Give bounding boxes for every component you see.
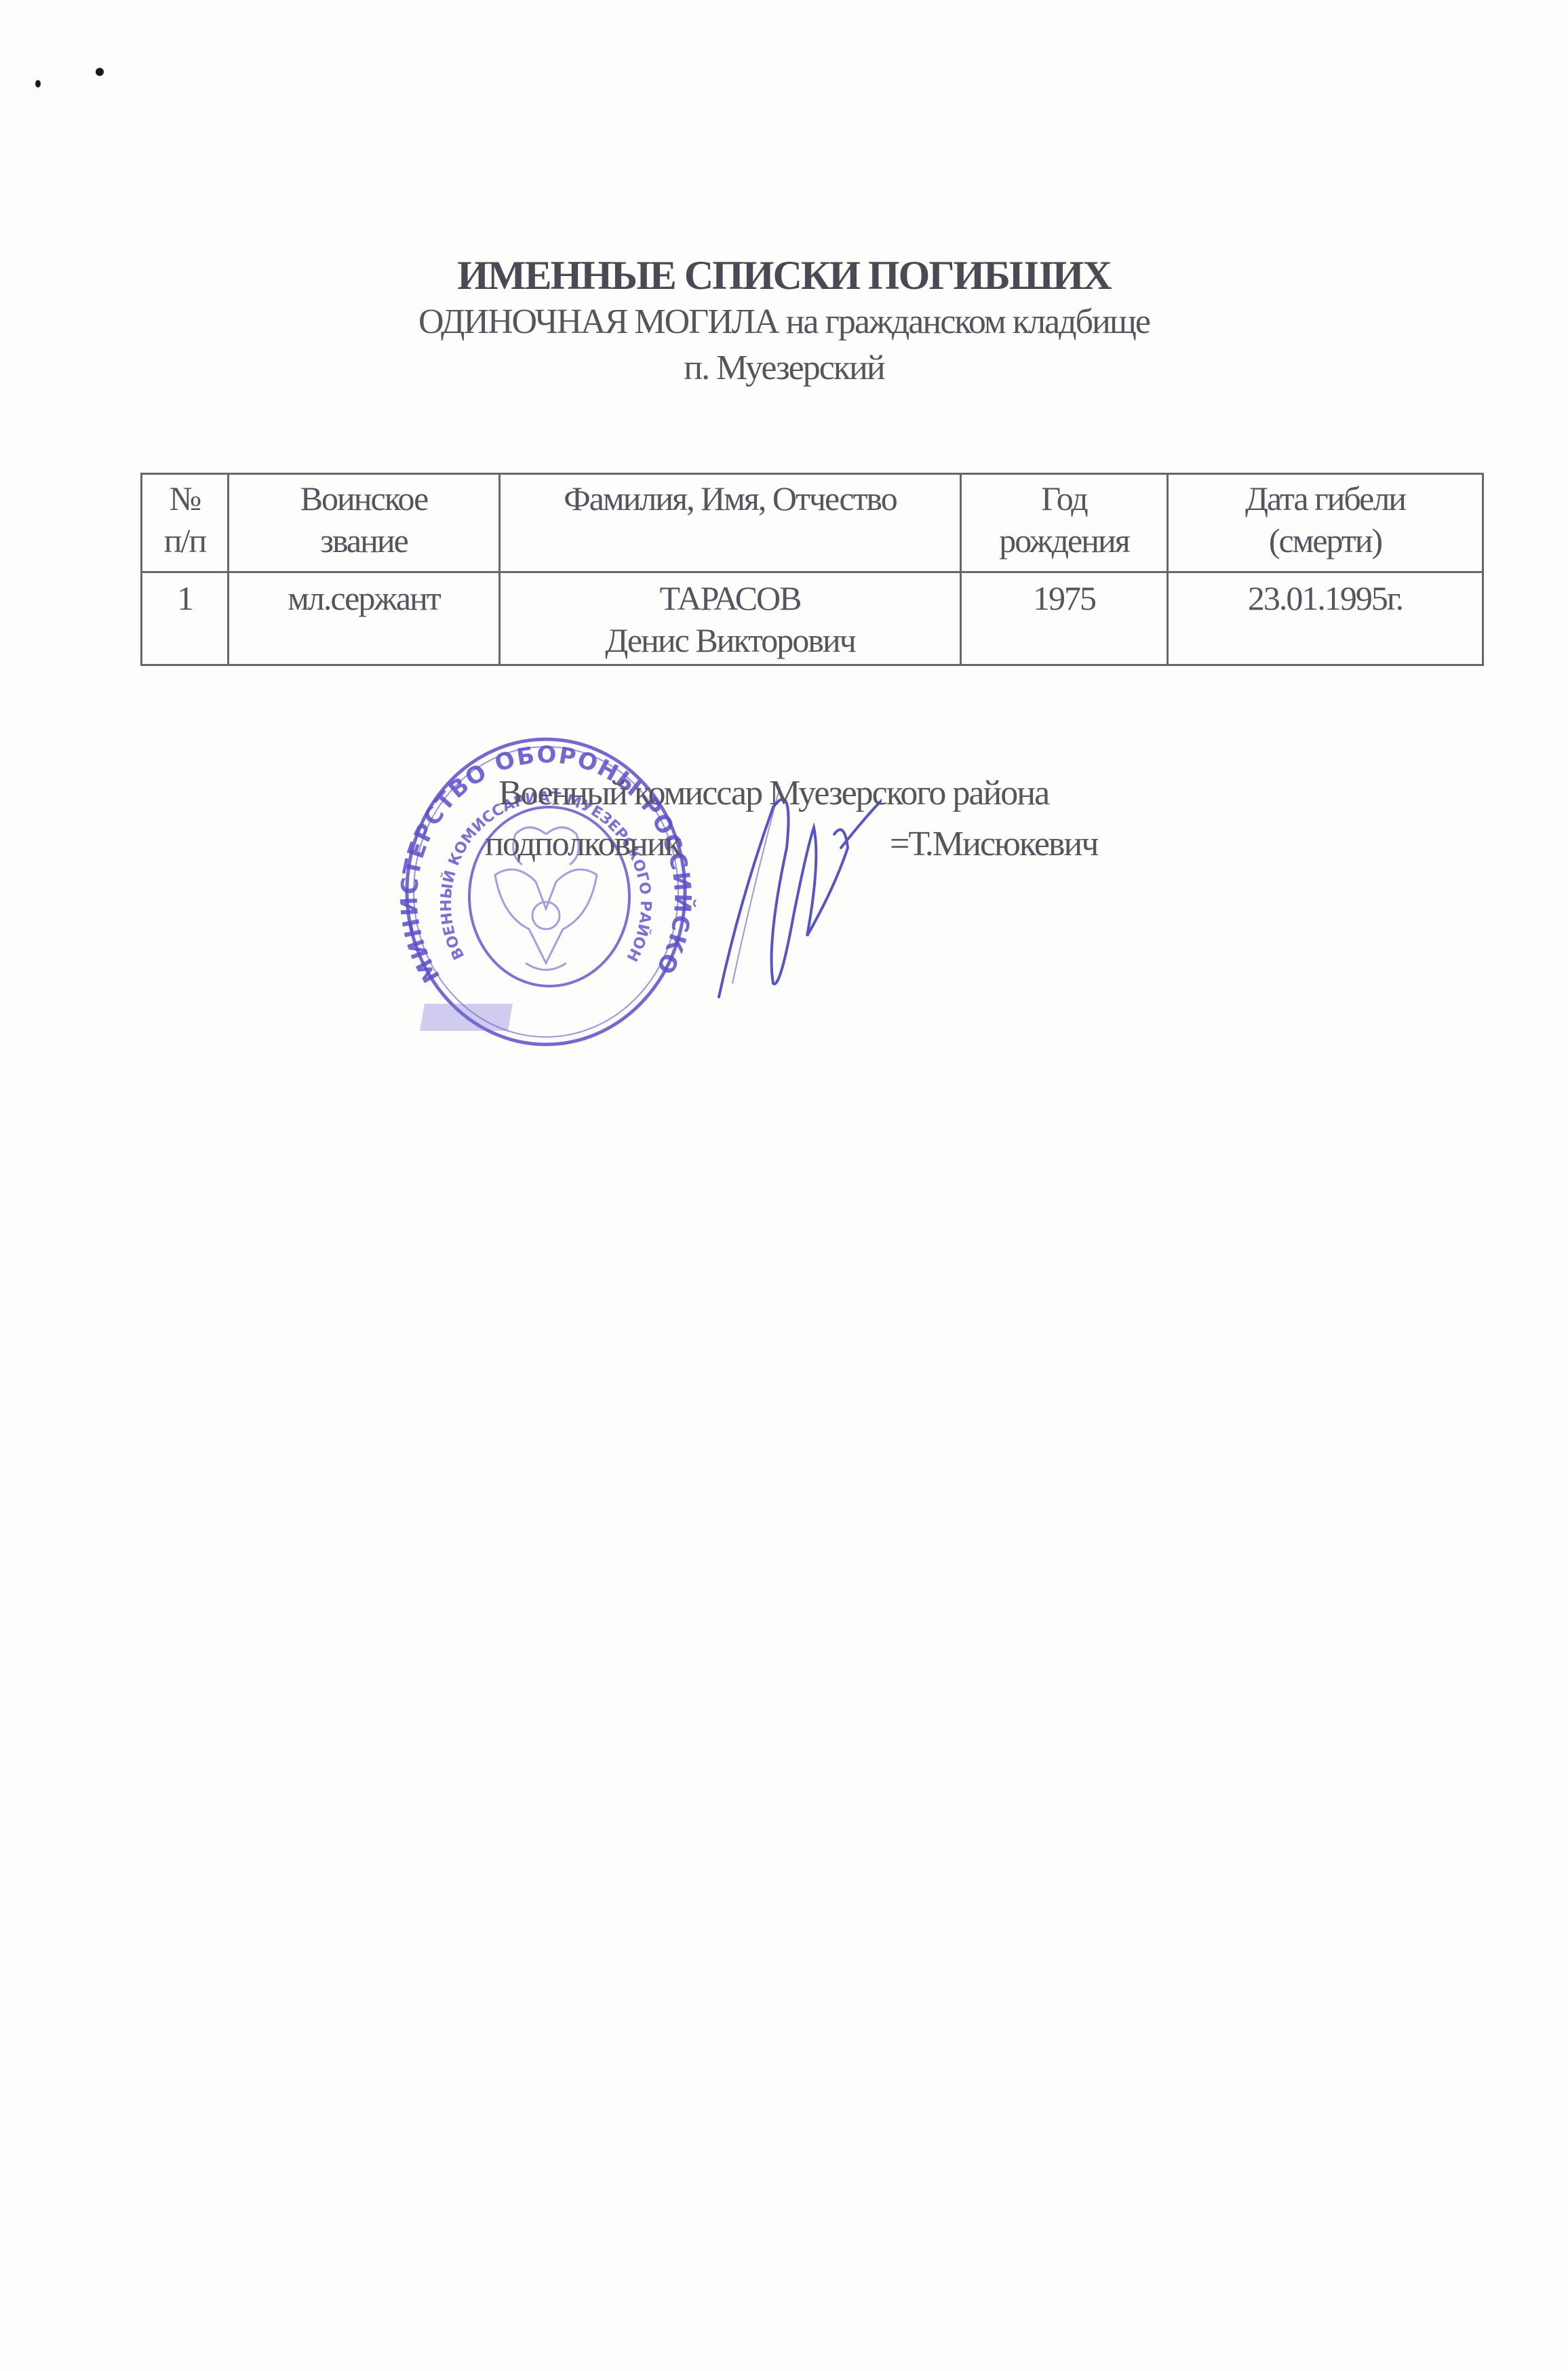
document-place: п. Муезерский	[0, 348, 1568, 388]
header-death-line1: Дата гибели	[1169, 477, 1482, 520]
scan-speck	[96, 68, 104, 76]
official-stamp: МИНИСТЕРСТВО ОБОРОНЫ РОССИЙСКОЙ ФЕДЕРАЦИ…	[393, 719, 699, 1058]
header-num-line1: №	[142, 477, 227, 520]
table-row: 1 мл.сержант ТАРАСОВ Денис Викторович 19…	[142, 572, 1483, 665]
header-birth-year: Год рождения	[961, 474, 1168, 572]
table-header-row: № п/п Воинское звание Фамилия, Имя, Отче…	[142, 474, 1483, 572]
scan-speck	[35, 80, 41, 87]
signatory-name: =Т.Мисюкевич	[890, 824, 1097, 864]
cell-given-names: Денис Викторович	[501, 619, 960, 661]
header-name: Фамилия, Имя, Отчество	[500, 474, 961, 572]
signatory-position: Военный комиссар Муезерского района	[498, 773, 1048, 813]
cell-num: 1	[142, 572, 229, 665]
header-rank: Воинское звание	[229, 474, 500, 572]
cell-birth-year: 1975	[961, 572, 1168, 665]
header-num-line2: п/п	[142, 520, 227, 562]
signatory-rank: подполковник	[485, 824, 680, 864]
document-subtitle: ОДИНОЧНАЯ МОГИЛА на гражданском кладбище	[0, 302, 1568, 342]
cell-death-date: 23.01.1995г.	[1168, 572, 1483, 665]
header-death-line2: (смерти)	[1169, 520, 1482, 562]
header-death-date: Дата гибели (смерти)	[1168, 474, 1483, 572]
header-num: № п/п	[142, 474, 229, 572]
header-birth-line1: Год	[962, 477, 1167, 520]
header-rank-line1: Воинское	[229, 477, 498, 520]
header-rank-line2: звание	[229, 520, 498, 562]
document-title: ИМЕННЫЕ СПИСКИ ПОГИБШИХ	[0, 252, 1568, 299]
header-name-line1: Фамилия, Имя, Отчество	[501, 477, 960, 520]
cell-rank: мл.сержант	[229, 572, 500, 665]
casualty-table: № п/п Воинское звание Фамилия, Имя, Отче…	[140, 473, 1484, 666]
cell-name: ТАРАСОВ Денис Викторович	[500, 572, 961, 665]
header-birth-line2: рождения	[962, 520, 1167, 562]
cell-surname: ТАРАСОВ	[501, 577, 960, 619]
